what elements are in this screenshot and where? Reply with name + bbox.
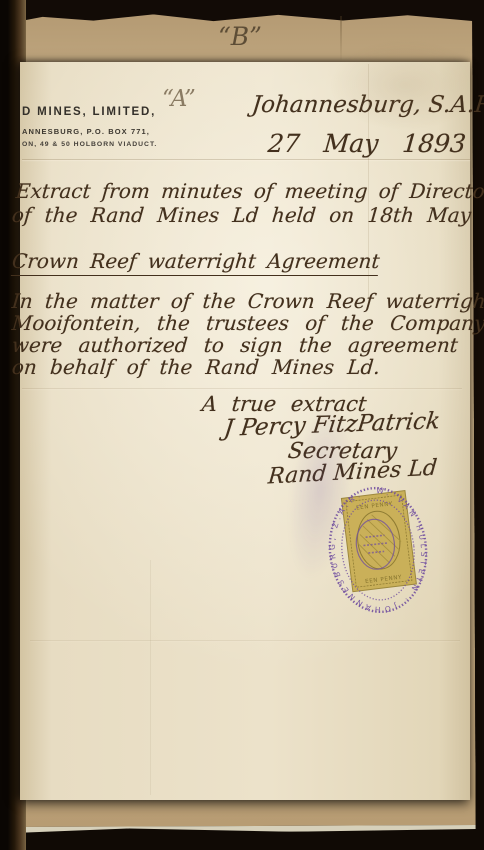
document-scan: “B” “A” D MINES, LIMITED, ANNESBURG, P.O… [0, 0, 484, 850]
paragraph-line-4: on behalf of the Rand Mines Ld. [11, 355, 381, 379]
crease-line [30, 640, 460, 641]
crease-line [368, 64, 369, 304]
letterhead-address-johannesburg: ANNESBURG, P.O. BOX 771, [22, 127, 150, 136]
crease-line [150, 560, 151, 795]
extract-heading-line-1: Extract from minutes of meeting of Direc… [15, 179, 484, 203]
crease-line [22, 388, 462, 389]
letterhead-company: D MINES, LIMITED, [22, 106, 156, 118]
paragraph-line-3: were authorized to sign the agreement [11, 333, 459, 357]
crease-line [22, 159, 470, 160]
paragraph-line-1: In the matter of the Crown Reef waterrig… [11, 289, 484, 313]
letter-content: “B” “A” D MINES, LIMITED, ANNESBURG, P.O… [0, 0, 484, 850]
stamps-group: EEN PENNY EEN PENNY W. VAN HULSTEYN · JO… [320, 478, 452, 624]
extract-heading-line-2: of the Rand Mines Ld held on 18th May 18… [11, 203, 484, 227]
paragraph-line-2: Mooifontein, the trustees of the Company [11, 311, 484, 335]
folio-label-a: “A” [162, 86, 196, 112]
subject-heading: Crown Reef waterright Agreement [11, 249, 381, 276]
dateline-date: 27 May 1893 [267, 129, 468, 158]
folio-label-b: “B” [218, 22, 262, 51]
letterhead-address-london: ON, 49 & 50 HOLBORN VIADUCT. [22, 141, 157, 148]
